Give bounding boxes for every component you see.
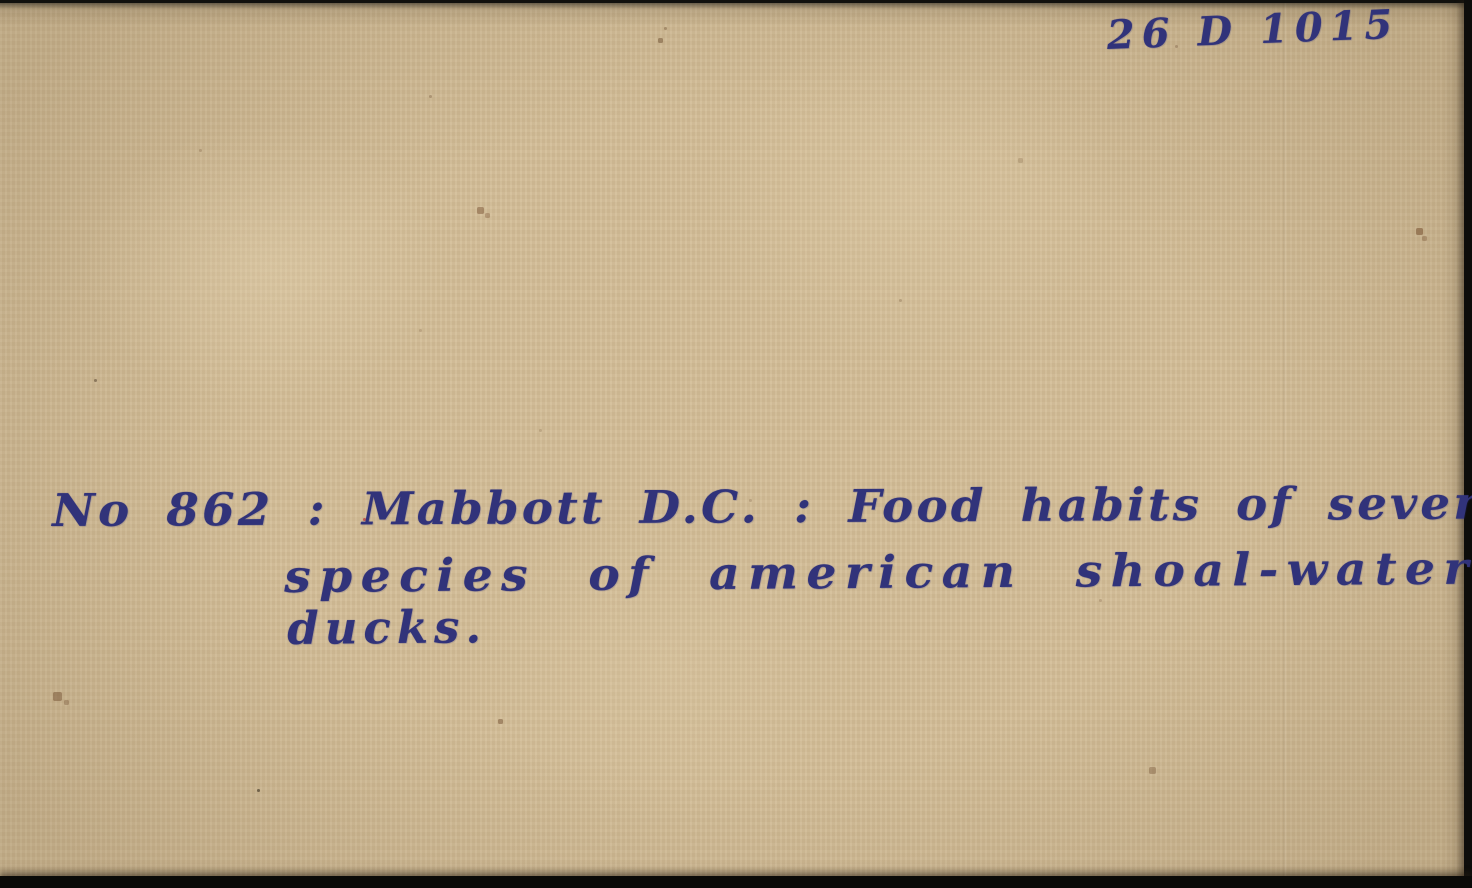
paper-crease — [1283, 0, 1286, 888]
catalog-annotation: 26 D 1015 — [1106, 1, 1400, 59]
body-line-2: species of american shoal-water — [284, 542, 1472, 603]
scanned-index-card: 26 D 1015 No 862 : Mabbott D.C. : Food h… — [0, 0, 1472, 888]
body-line-1: No 862 : Mabbott D.C. : Food habits of s… — [52, 476, 1472, 537]
scan-edge-bottom — [0, 876, 1472, 888]
scan-edge-right — [1464, 0, 1472, 888]
body-line-3: ducks. — [287, 600, 487, 655]
